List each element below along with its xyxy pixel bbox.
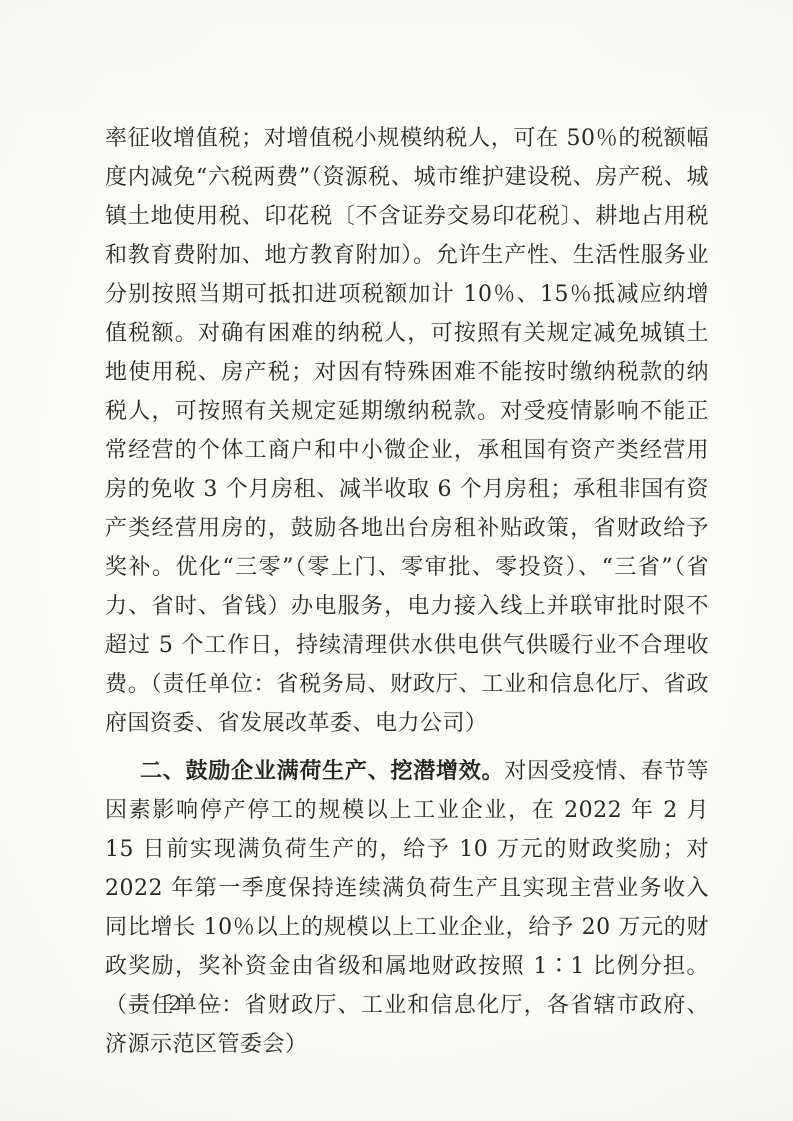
- paragraph-continuation: 率征收增值税；对增值税小规模纳税人，可在 50％的税额幅度内减免“六税两费”（资…: [105, 119, 709, 743]
- paragraph-text: 率征收增值税；对增值税小规模纳税人，可在 50％的税额幅度内减免“六税两费”（资…: [105, 126, 709, 736]
- scanned-document-page: 率征收增值税；对增值税小规模纳税人，可在 50％的税额幅度内减免“六税两费”（资…: [0, 0, 793, 1121]
- section-two-heading: 二、鼓励企业满荷生产、挖潜增效。: [140, 759, 504, 784]
- paragraph-section-two: 二、鼓励企业满荷生产、挖潜增效。对因受疫情、春节等因素影响停产停工的规模以上工业…: [105, 752, 709, 1064]
- document-body: 率征收增值税；对增值税小规模纳税人，可在 50％的税额幅度内减免“六税两费”（资…: [105, 119, 709, 1064]
- page-number: — 2 —: [128, 991, 228, 1015]
